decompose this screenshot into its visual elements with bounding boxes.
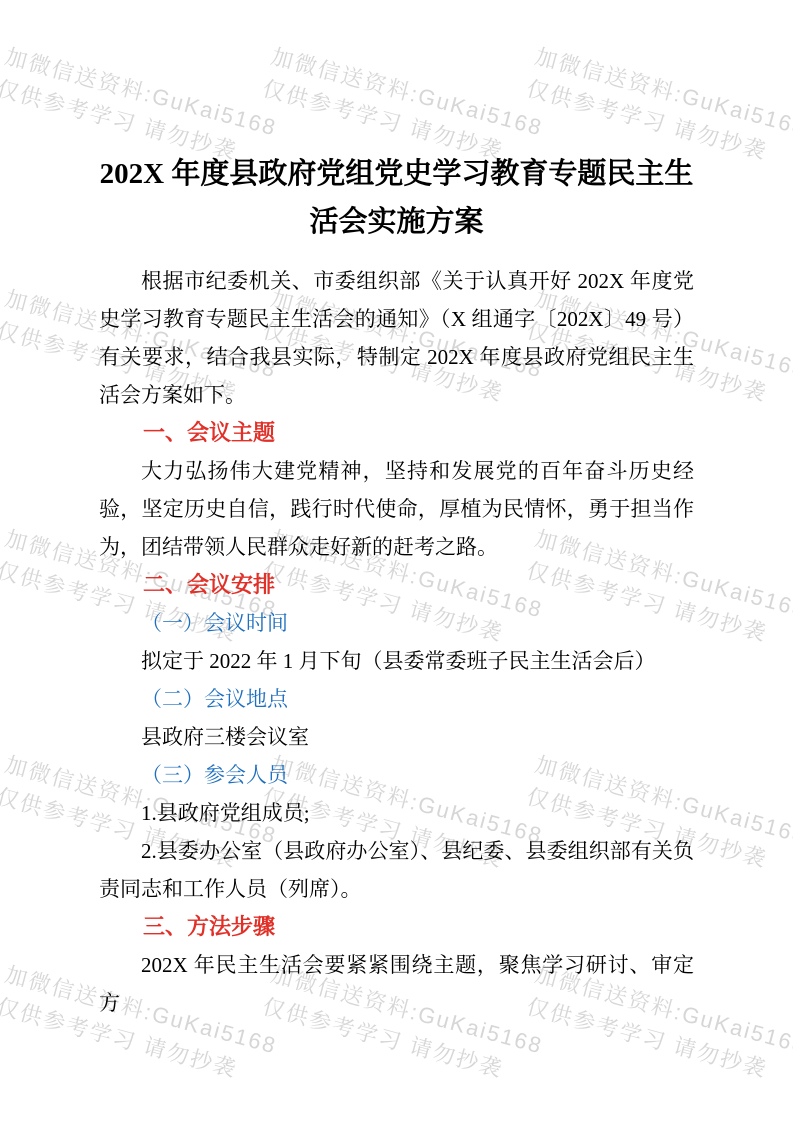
- section2-sub1-body: 拟定于 2022 年 1 月下旬（县委常委班子民主生活会后）: [99, 642, 694, 680]
- document-content: 202X 年度县政府党组党史学习教育专题民主生活会实施方案 根据市纪委机关、市委…: [0, 0, 793, 1022]
- section2-sub3-heading: （三）参会人员: [99, 756, 694, 794]
- section3-body: 202X 年民主生活会要紧紧围绕主题，聚焦学习研讨、审定方: [99, 946, 694, 1022]
- participant-item-1: 1.县政府党组成员;: [99, 794, 694, 832]
- section1-heading: 一、会议主题: [99, 414, 694, 452]
- section2-sub2-body: 县政府三楼会议室: [99, 718, 694, 756]
- section2-sub1-heading: （一）会议时间: [99, 604, 694, 642]
- section3-heading: 三、方法步骤: [99, 908, 694, 946]
- intro-paragraph: 根据市纪委机关、市委组织部《关于认真开好 202X 年度党史学习教育专题民主生活…: [99, 262, 694, 414]
- participant-item-2: 2.县委办公室（县政府办公室）、县纪委、县委组织部有关负责同志和工作人员（列席）…: [99, 832, 694, 908]
- document-title: 202X 年度县政府党组党史学习教育专题民主生活会实施方案: [99, 150, 694, 246]
- document-page: 加微信送资料:GuKai5168仅供参考学习 请勿抄袭加微信送资料:GuKai5…: [0, 0, 793, 1122]
- section2-heading: 二、会议安排: [99, 566, 694, 604]
- section1-body: 大力弘扬伟大建党精神，坚持和发展党的百年奋斗历史经验，坚定历史自信，践行时代使命…: [99, 452, 694, 566]
- section2-sub2-heading: （二）会议地点: [99, 680, 694, 718]
